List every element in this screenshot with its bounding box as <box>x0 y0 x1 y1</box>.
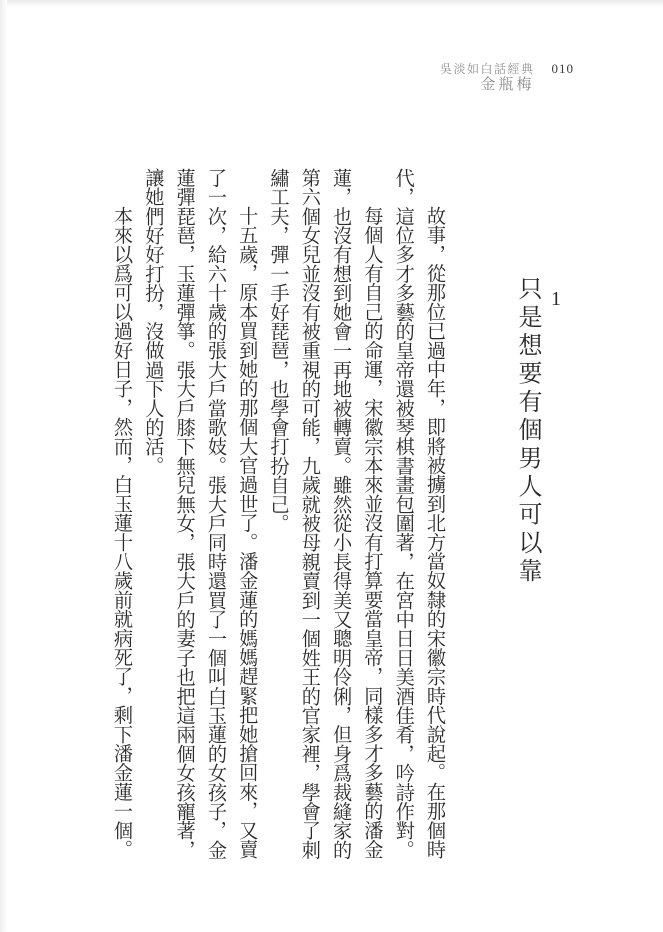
body-text: 故事，從那位已過中年，即將被擄到北方當奴隸的宋徽宗時代說起。在那個時代，這位多才… <box>106 168 450 863</box>
book-title: 金瓶梅 <box>440 77 535 94</box>
header-titles: 吳淡如白話經典 金瓶梅 <box>440 62 535 94</box>
page-edge-left <box>0 0 7 932</box>
page-number: 010 <box>552 62 575 76</box>
chapter-heading: 1 只是想要有個男人可以靠 <box>510 168 568 888</box>
chapter-title: 只是想要有個男人可以靠 <box>510 168 544 888</box>
book-page: 吳淡如白話經典 金瓶梅 010 1 只是想要有個男人可以靠 故事，從那位已過中年… <box>0 0 663 932</box>
chapter-number: 1 <box>544 168 568 888</box>
paragraph: 本來以爲可以過好日子，然而，白玉蓮十八歲前就病死了，剩下潘金蓮一個。 <box>106 168 137 863</box>
paragraph: 十五歲，原本買到她的那個大官過世了。潘金蓮的媽媽趕緊把她搶回來，又賣了一次，給六… <box>137 168 262 863</box>
page-edge-top <box>0 0 663 7</box>
running-header: 吳淡如白話經典 金瓶梅 010 <box>440 62 574 94</box>
paragraph: 故事，從那位已過中年，即將被擄到北方當奴隸的宋徽宗時代說起。在那個時代，這位多才… <box>387 168 450 863</box>
series-title: 吳淡如白話經典 <box>440 62 535 76</box>
paragraph: 每個人有自己的命運，宋徽宗本來並沒有打算要當皇帝，同樣多才多藝的潘金蓮，也沒有想… <box>262 168 387 863</box>
